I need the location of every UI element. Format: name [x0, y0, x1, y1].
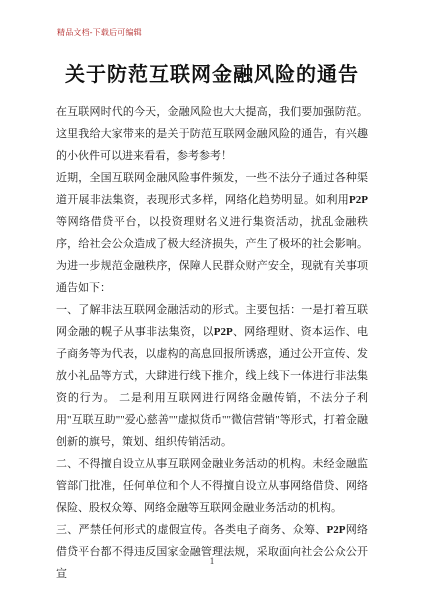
paragraph-item-1: 一、了解非法互联网金融活动的形式。主要包括：一是打着互联网金融的幌子从事非法集资…: [56, 299, 368, 453]
watermark-text: 精品文档-下载后可编辑: [57, 27, 142, 38]
paragraph-intro: 在互联网时代的今天，金融风险也大大提高，我们要加强防范。这里我给大家带来的是关于…: [56, 101, 368, 167]
document-title: 关于防范互联网金融风险的通告: [0, 58, 424, 87]
document-body: 在互联网时代的今天，金融风险也大大提高，我们要加强防范。这里我给大家带来的是关于…: [56, 101, 368, 585]
paragraph-background: 近期，全国互联网金融风险事件频发，一些不法分子通过各种渠道开展非法集资，表现形式…: [56, 167, 368, 299]
paragraph-item-3: 三、严禁任何形式的虚假宣传。各类电子商务、众筹、P2P网络借贷平台都不得违反国家…: [56, 519, 368, 585]
paragraph-item-2: 二、不得擅自设立从事互联网金融业务活动的机构。未经金融监管部门批准，任何单位和个…: [56, 453, 368, 519]
page-number: 1: [0, 556, 424, 566]
document-page: 精品文档-下载后可编辑 关于防范互联网金融风险的通告 在互联网时代的今天，金融风…: [0, 0, 424, 600]
